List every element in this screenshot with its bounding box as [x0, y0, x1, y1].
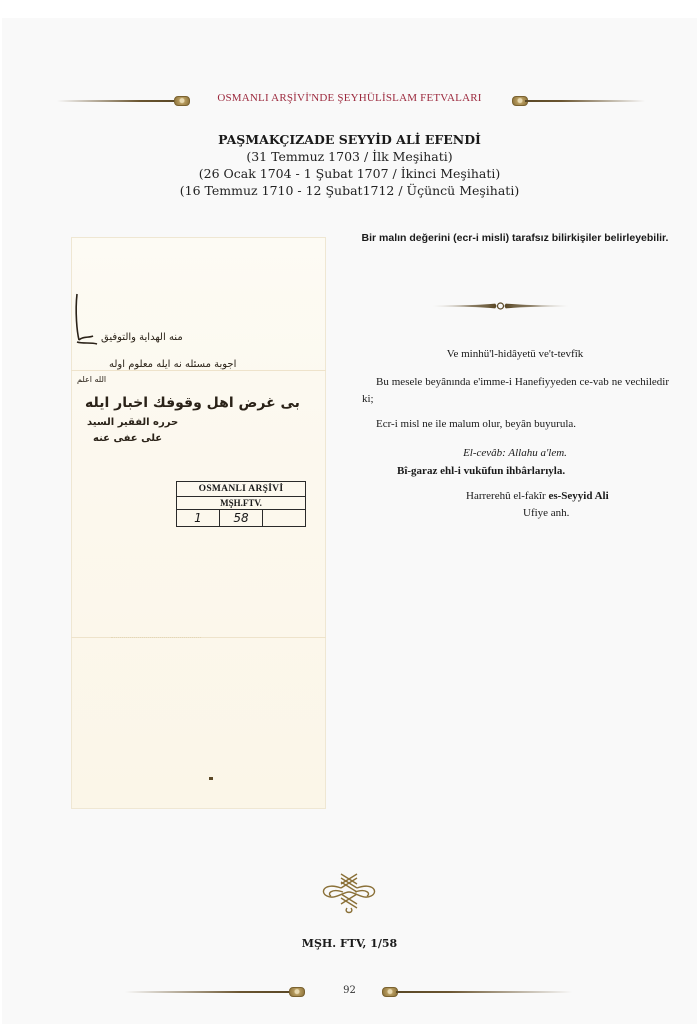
flourish-icon [71, 292, 101, 352]
page-footer: 92 [0, 985, 699, 1001]
term-2: (26 Ocak 1704 - 1 Şubat 1707 / İkinci Me… [0, 165, 699, 182]
stamp-fund-code: MŞH.FTV. [177, 497, 305, 510]
signature-prefix: Harrerehû el-fakîr [466, 490, 548, 502]
manuscript-line: على عفى عنه [93, 433, 162, 444]
fatwa-summary: Bir malın değerini (ecr-i misli) tarafsı… [355, 230, 675, 247]
manuscript-line: اجوبة مسئله نه ايله معلوم اوله [109, 359, 236, 370]
title-block: PAŞMAKÇIZADE SEYYİD ALİ EFENDİ (31 Temmu… [0, 131, 699, 199]
fatwa-question: Ecr-i misl ne ile malum olur, beyân buyu… [376, 418, 676, 430]
manuscript-line: الله اعلم [77, 375, 106, 384]
manuscript-line: حرره الفقير السيد [87, 417, 178, 428]
running-header-title: OSMANLI ARŞİVİ'NDE ŞEYHÜLİSLAM FETVALARI [0, 92, 699, 104]
archive-stamp: OSMANLI ARŞİVİ MŞH.FTV. 1 58 [176, 481, 306, 527]
term-1: (31 Temmuz 1703 / İlk Meşihati) [0, 148, 699, 165]
manuscript-line: بى غرض اهل وقوفك اخبار ايله [85, 395, 300, 411]
divider-ornament-icon [433, 300, 568, 312]
header-rule-right [525, 100, 645, 102]
stamp-cell-volume: 1 [177, 510, 220, 527]
knot-ornament-icon [317, 870, 381, 918]
footer-rule-right [396, 991, 572, 993]
fatwa-answer-label: El-cevâb: Allahu a'lem. [355, 447, 675, 459]
manuscript-image: منه الهداية والتوفيق اجوبة مسئله نه ايله… [71, 237, 326, 809]
stamp-archive-name: OSMANLI ARŞİVİ [177, 482, 305, 497]
ink-speck [209, 777, 213, 780]
fatwa-answer: Bî-garaz ehl-i vukūfun ihbârlarıyla. [397, 465, 687, 477]
bleed-through-mark [111, 629, 201, 638]
fatwa-signature: Harrerehû el-fakîr es-Seyyid Ali [466, 490, 686, 502]
signature-suffix: Ufiye anh. [523, 507, 643, 519]
term-3: (16 Temmuz 1710 - 12 Şubat1712 / Üçüncü … [0, 182, 699, 199]
fold-line [71, 370, 326, 371]
stamp-cell-empty [263, 510, 305, 527]
running-header: OSMANLI ARŞİVİ'NDE ŞEYHÜLİSLAM FETVALARI [0, 92, 699, 112]
sheikh-name: PAŞMAKÇIZADE SEYYİD ALİ EFENDİ [0, 131, 699, 148]
stamp-cell-number: 58 [220, 510, 263, 527]
fatwa-invocation: Ve minhü'l-hidâyetü ve't-tevfîk [355, 348, 675, 360]
fatwa-question-intro: Bu mesele beyânında e'imme-i Hanefiyyede… [362, 374, 669, 408]
signature-name: es-Seyyid Ali [548, 490, 608, 502]
page-number: 92 [0, 985, 699, 996]
manuscript-line: منه الهداية والتوفيق [101, 332, 183, 343]
archive-citation: MŞH. FTV, 1/58 [0, 937, 699, 950]
